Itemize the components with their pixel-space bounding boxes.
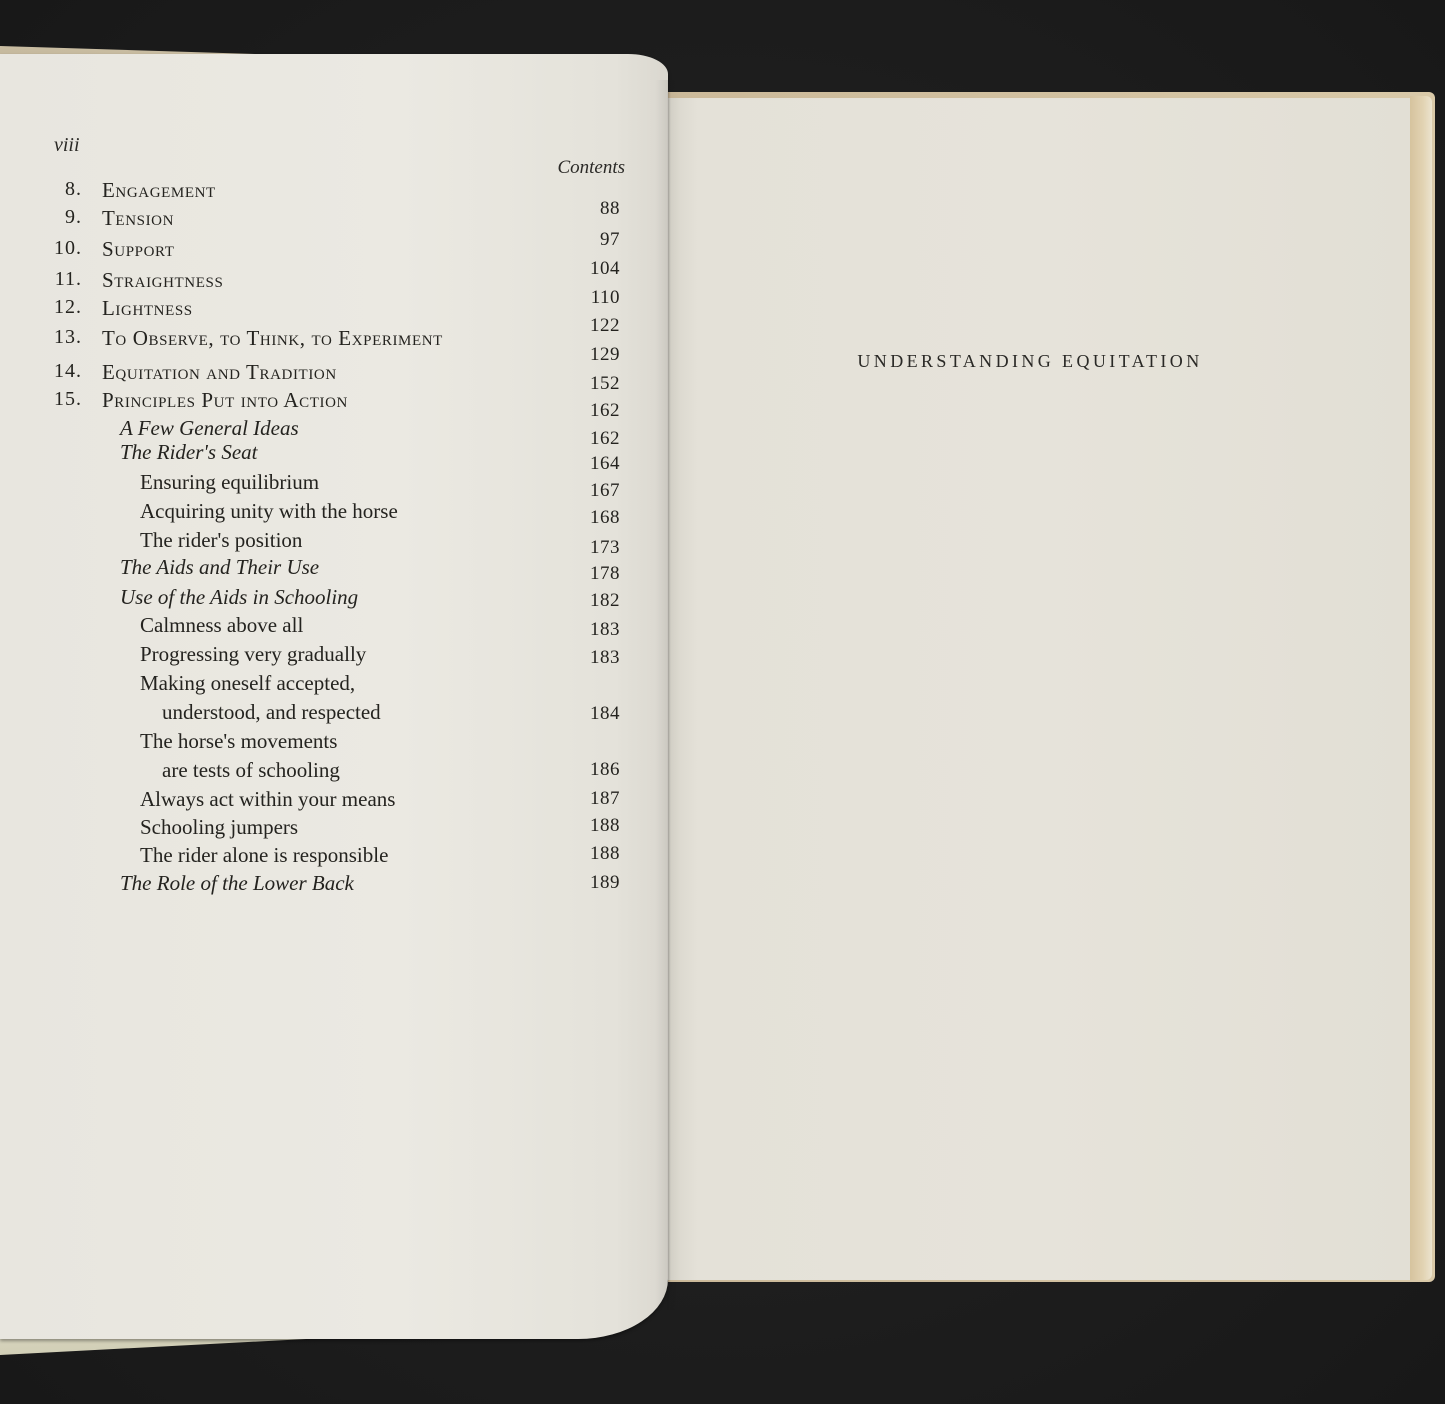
toc-page-row: 152 — [0, 373, 640, 403]
toc-page-row: 162 — [0, 400, 640, 430]
toc-page-number: 182 — [560, 590, 620, 612]
toc-page-row: 183 — [0, 619, 640, 649]
toc-page-number: 164 — [560, 453, 620, 475]
right-page — [668, 98, 1410, 1280]
toc-page-row: 129 — [0, 344, 640, 374]
book-photo: viii Contents 8.Engagement9.Tension10.Su… — [0, 0, 1445, 1404]
toc-page-number: 88 — [560, 198, 620, 220]
toc-page-number: 104 — [560, 258, 620, 280]
toc-page-row: 167 — [0, 480, 640, 510]
toc-page-number: 152 — [560, 373, 620, 395]
toc-page-row: 188 — [0, 843, 640, 873]
toc-page-number: 168 — [560, 507, 620, 529]
toc-page-row: 88 — [0, 198, 640, 228]
toc-page-number: 122 — [560, 315, 620, 337]
toc-page-row: 186 — [0, 759, 640, 789]
toc-page-number: 183 — [560, 647, 620, 669]
toc-page-number: 183 — [560, 619, 620, 641]
toc-page-row: 97 — [0, 229, 640, 259]
toc-page-row: 164 — [0, 453, 640, 483]
toc-page-row: 178 — [0, 563, 640, 593]
toc-page-number: 162 — [560, 400, 620, 422]
toc-page-number: 129 — [560, 344, 620, 366]
toc-page-row: 122 — [0, 315, 640, 345]
right-cover-edge — [1410, 96, 1432, 1280]
toc-page-number: 189 — [560, 872, 620, 894]
toc-page-number: 186 — [560, 759, 620, 781]
toc-page-row: 189 — [0, 872, 640, 902]
toc-page-number: 162 — [560, 428, 620, 450]
toc-page-number: 188 — [560, 843, 620, 865]
toc-page-number: 97 — [560, 229, 620, 251]
page-folio: viii — [54, 134, 80, 157]
toc-page-number: 110 — [560, 287, 620, 309]
toc-page-number: 184 — [560, 703, 620, 725]
toc-page-row: 187 — [0, 788, 640, 818]
toc-page-number: 187 — [560, 788, 620, 810]
running-head: Contents — [520, 157, 625, 179]
toc-page-number: 178 — [560, 563, 620, 585]
toc-page-number: 173 — [560, 537, 620, 559]
toc-page-row: 183 — [0, 647, 640, 677]
toc-entry: The horse's movements — [0, 729, 640, 759]
half-title: UNDERSTANDING EQUITATION — [780, 351, 1280, 372]
toc-page-row: 184 — [0, 703, 640, 733]
toc-page-row: 110 — [0, 287, 640, 317]
toc-page-number: 188 — [560, 815, 620, 837]
toc-page-number: 167 — [560, 480, 620, 502]
toc-page-row: 168 — [0, 507, 640, 537]
toc-page-row: 104 — [0, 258, 640, 288]
toc-page-row: 188 — [0, 815, 640, 845]
toc-page-row: 182 — [0, 590, 640, 620]
